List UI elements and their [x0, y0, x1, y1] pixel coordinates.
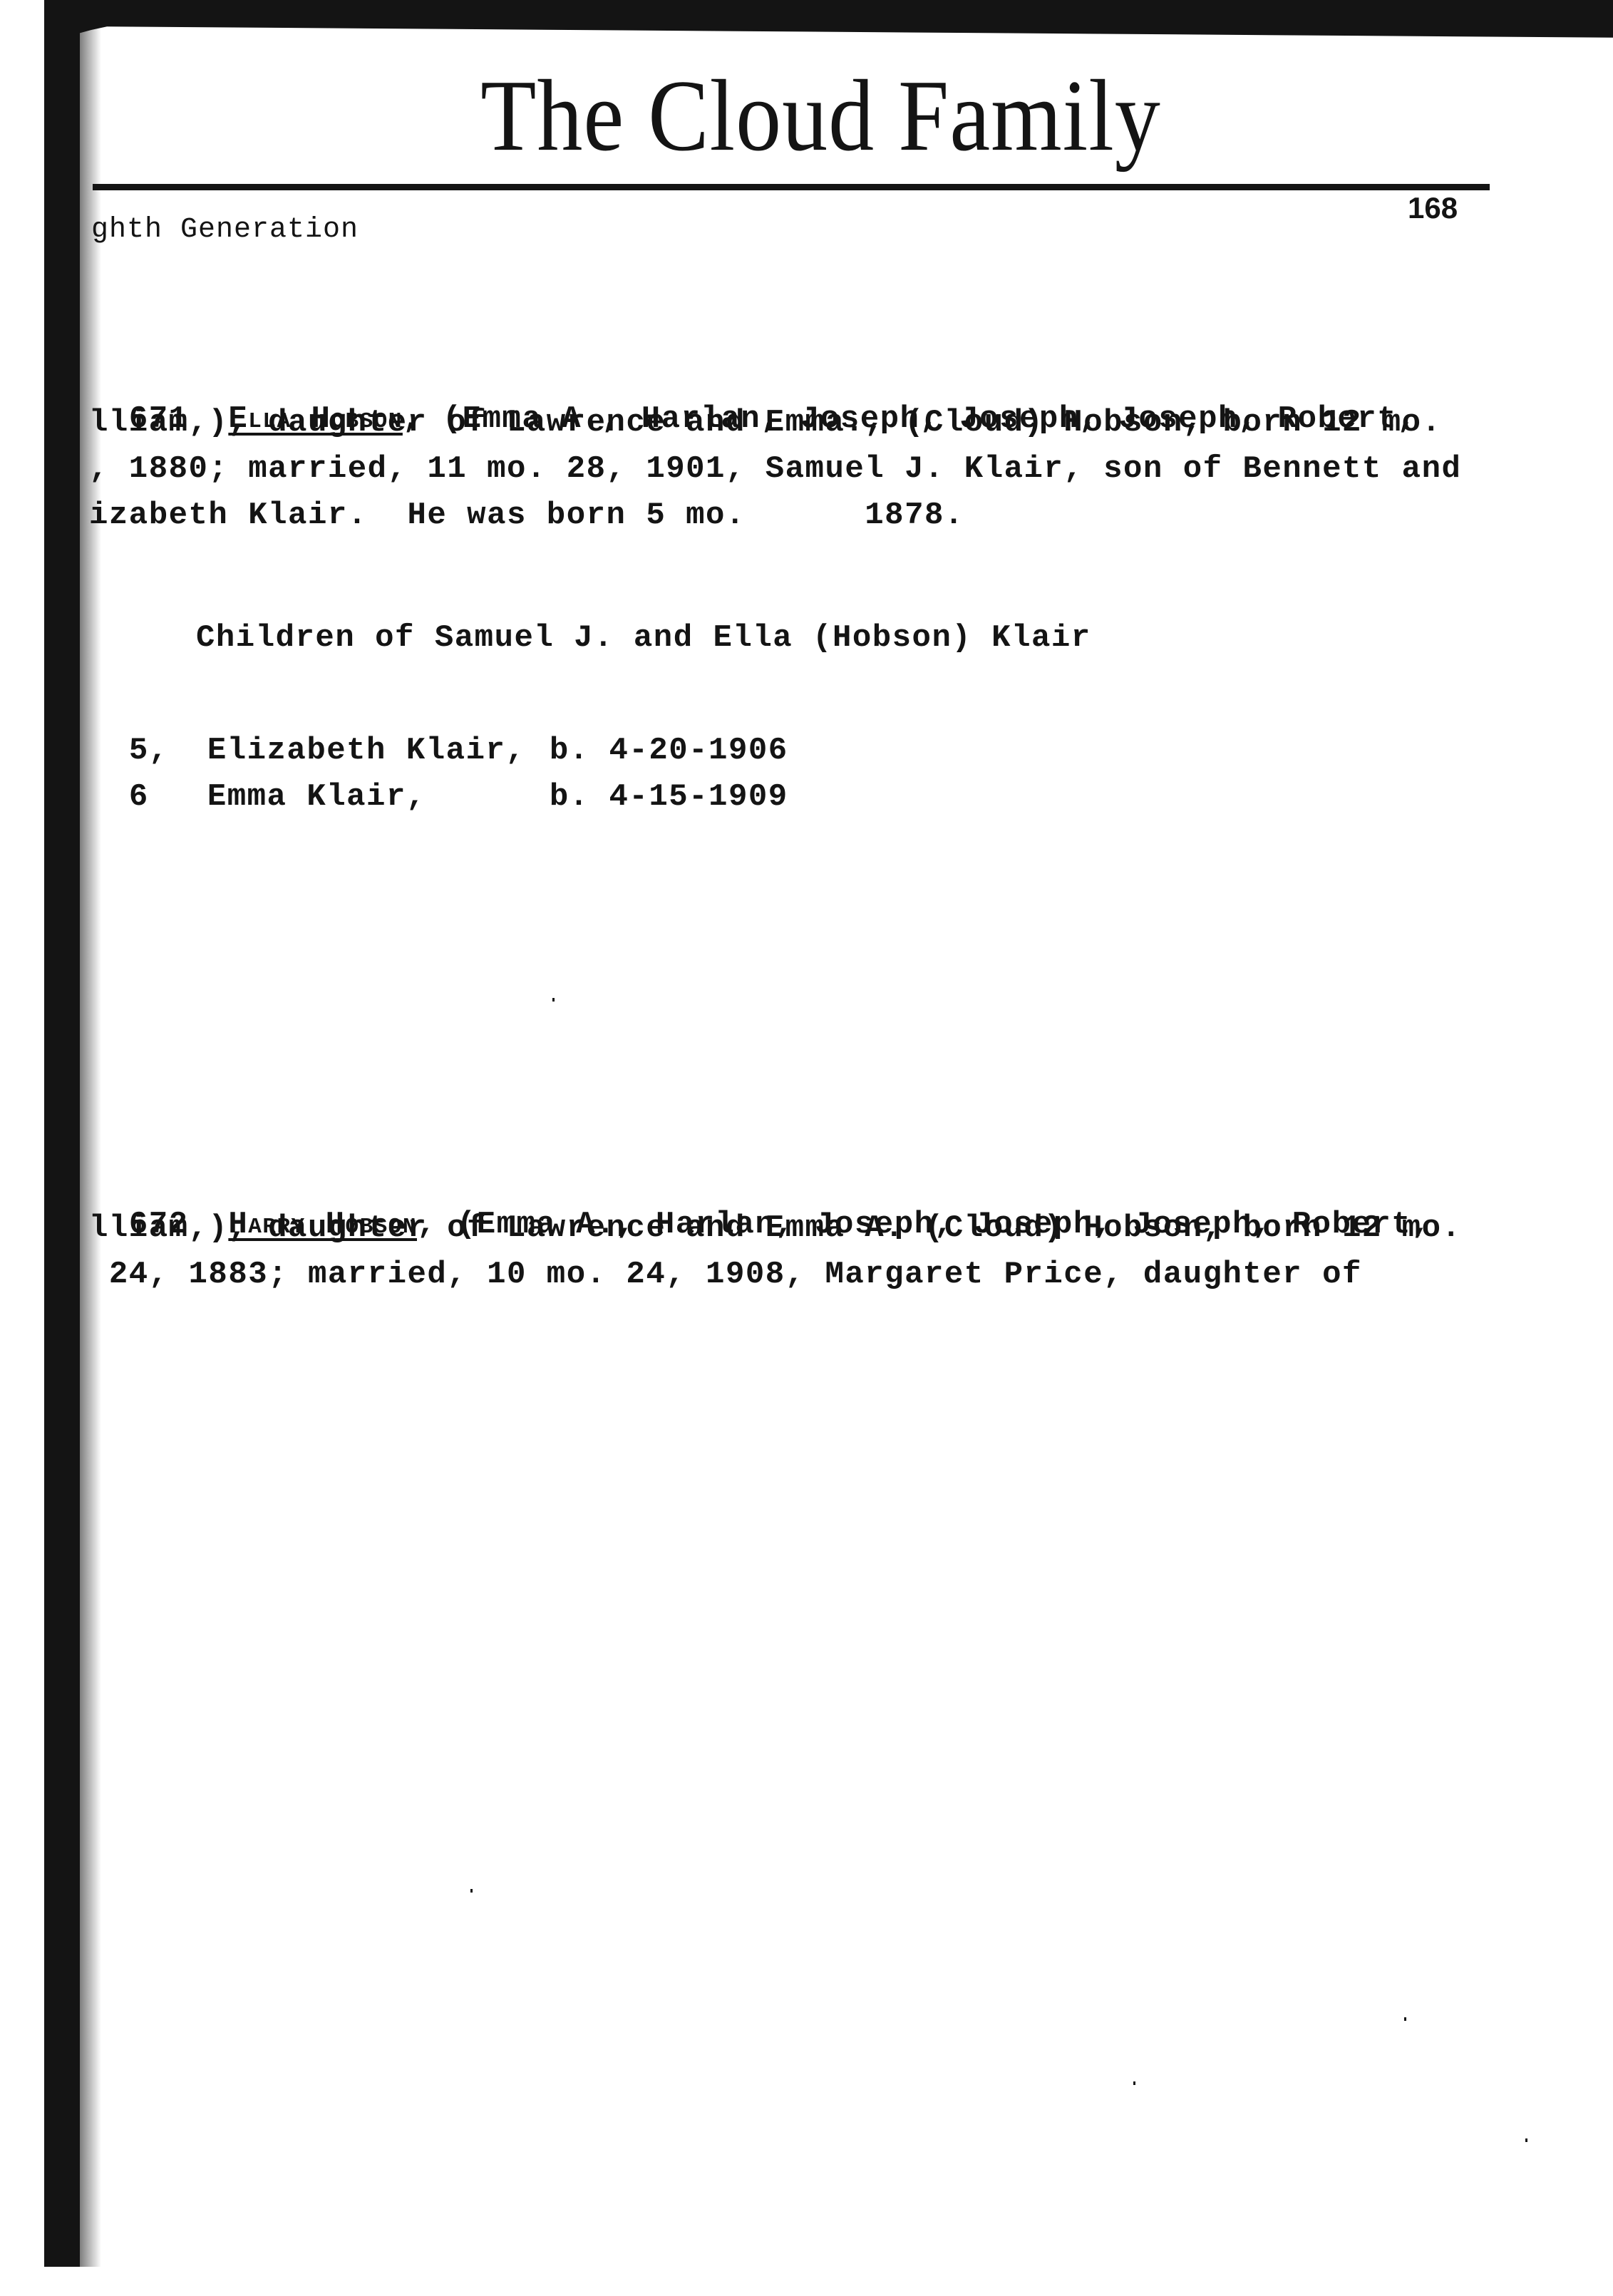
scan-speck — [470, 1889, 473, 1893]
child-birth-date: b. 4-15-1909 — [550, 779, 788, 815]
entry-672-line-2: lliam,), daughter of Lawrence and Emma A… — [89, 1207, 1461, 1250]
entry-672-line-3: 24, 1883; married, 10 mo. 24, 1908, Marg… — [89, 1253, 1362, 1296]
child-name: Emma Klair, — [207, 779, 550, 815]
scan-speck — [1133, 2081, 1135, 2085]
entry-671-line-4: izabeth Klair. He was born 5 mo. 1878. — [89, 494, 964, 537]
scan-speck — [552, 998, 555, 1002]
scan-speck — [1404, 2017, 1406, 2021]
scan-speck — [1525, 2138, 1527, 2142]
title-divider — [93, 184, 1490, 190]
children-heading: Children of Samuel J. and Ella (Hobson) … — [196, 620, 1091, 656]
page-number: 168 — [1408, 191, 1458, 225]
child-row: 6Emma Klair,b. 4-15-1909 — [89, 743, 788, 815]
scan-top-border — [44, 0, 1613, 43]
entry-671-line-2: lliam,), daughter of Lawrence and Emma.,… — [89, 401, 1442, 444]
scan-left-border — [44, 0, 80, 2267]
generation-heading: ghth Generation — [91, 214, 359, 246]
page-title: The Cloud Family — [0, 56, 1613, 175]
entry-671-line-3: , 1880; married, 11 mo. 28, 1901, Samuel… — [89, 448, 1461, 490]
child-number: 6 — [129, 779, 207, 815]
